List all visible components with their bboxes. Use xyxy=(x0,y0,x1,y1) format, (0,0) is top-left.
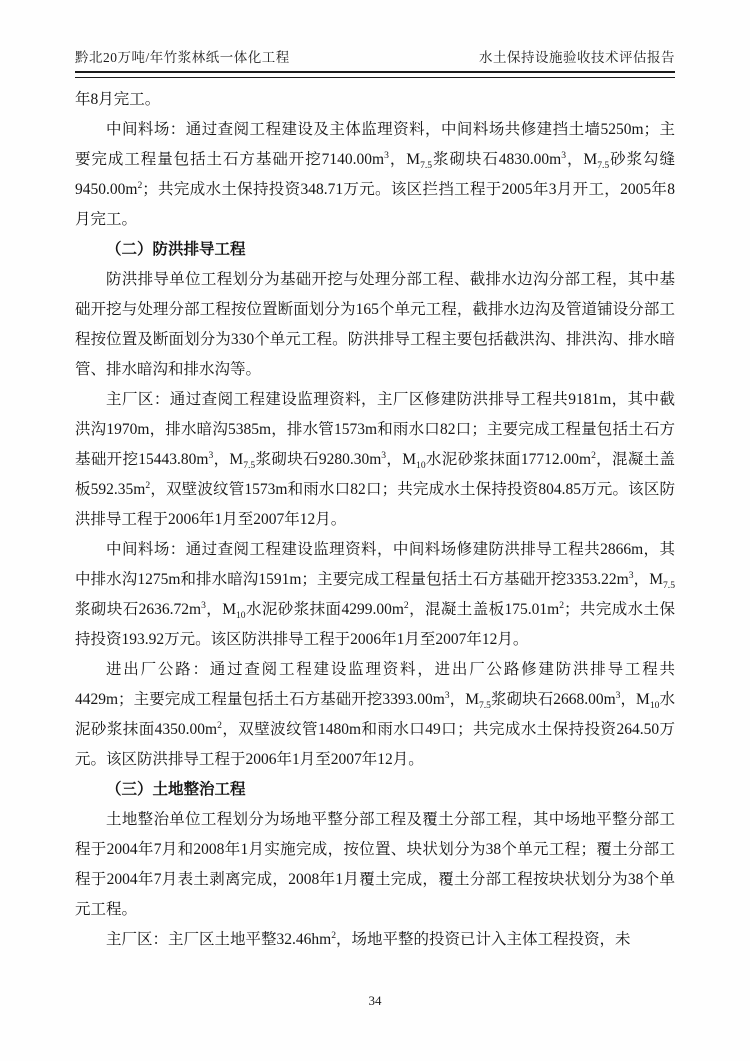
paragraph: 中间料场：通过查阅工程建设监理资料，中间料场修建防洪排导工程共2866m，其中排… xyxy=(75,535,675,655)
section-heading: （三）土地整治工程 xyxy=(75,775,675,805)
header-right-title: 水土保持设施验收技术评估报告 xyxy=(479,46,675,66)
header-divider xyxy=(75,71,675,78)
paragraph: 土地整治单位工程划分为场地平整分部工程及覆土分部工程，其中场地平整分部工程于20… xyxy=(75,805,675,925)
paragraph: 进出厂公路：通过查阅工程建设监理资料，进出厂公路修建防洪排导工程共4429m；主… xyxy=(75,655,675,775)
paragraph: 主厂区：通过查阅工程建设监理资料，主厂区修建防洪排导工程共9181m，其中截洪沟… xyxy=(75,385,675,535)
section-heading: （二）防洪排导工程 xyxy=(75,235,675,265)
paragraph: 防洪排导单位工程划分为基础开挖与处理分部工程、截排水边沟分部工程，其中基础开挖与… xyxy=(75,265,675,385)
paragraph: 主厂区：主厂区土地平整32.46hm2，场地平整的投资已计入主体工程投资，未 xyxy=(75,925,675,955)
page-header: 黔北20万吨/年竹浆林纸一体化工程 水土保持设施验收技术评估报告 xyxy=(75,46,675,66)
header-left-title: 黔北20万吨/年竹浆林纸一体化工程 xyxy=(75,46,290,66)
document-body: 年8月完工。 中间料场：通过查阅工程建设及主体监理资料，中间料场共修建挡土墙52… xyxy=(75,85,675,955)
paragraph: 年8月完工。 xyxy=(75,85,675,115)
paragraph: 中间料场：通过查阅工程建设及主体监理资料，中间料场共修建挡土墙5250m；主要完… xyxy=(75,115,675,235)
document-page: 黔北20万吨/年竹浆林纸一体化工程 水土保持设施验收技术评估报告 年8月完工。 … xyxy=(0,0,750,1061)
page-number: 34 xyxy=(0,993,750,1009)
